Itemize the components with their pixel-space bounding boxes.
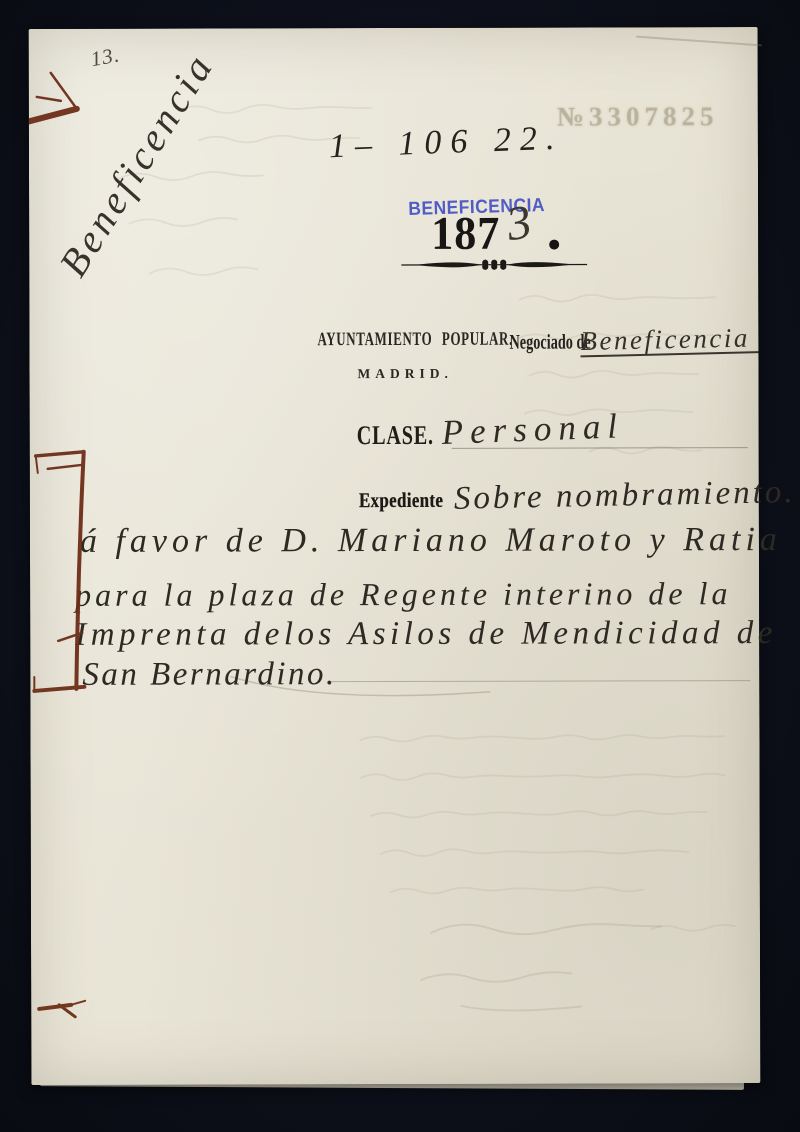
clase-label: CLASE. [357,420,434,451]
archive-reference-number: 1– 106 22. [328,119,564,166]
expediente-label: Expediente [359,488,443,513]
divider-flourish [401,257,587,271]
clase-rule [452,447,748,449]
clase-value: Personal [441,406,625,453]
expediente-line-1: Sobre nombramiento. [454,474,796,518]
document-page: 13. Beneficencia 1– 106 22. №3307825 BEN… [29,27,761,1085]
expediente-line-5: San Bernardino. [82,656,337,694]
expediente-line-3: para la plaza de Regente interino de la [75,575,731,614]
organization-city: MADRID. [358,366,453,382]
organization-word1: AYUNTAMIENTO [317,329,432,350]
page-number-annotation: 13. [89,42,122,72]
diagonal-subject-annotation: Beneficencia [49,44,223,285]
negociado-label: Negociado de [509,329,590,354]
ghost-serial-stamp: №3307825 [557,101,719,132]
year-period-dot [549,240,559,250]
organization-word2: POPULAR. [442,329,513,350]
expediente-line-2: á favor de D. Mariano Maroto y Ratia [80,521,782,561]
organization-name: AYUNTAMIENTOPOPULAR. [317,329,513,352]
expediente-trailing-rule [330,680,750,682]
year-printed: 187 [431,211,500,258]
expediente-line-4: Imprenta delos Asilos de Mendicidad de [75,615,777,654]
